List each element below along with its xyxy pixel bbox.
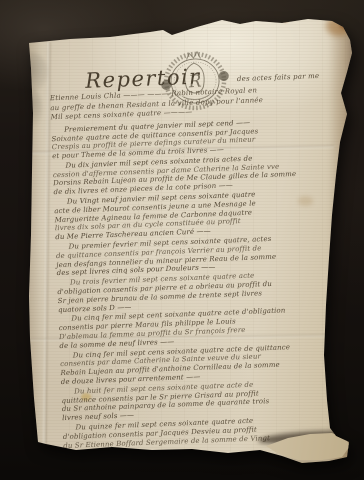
generalite-tax-stamp-icon: R	[156, 42, 235, 119]
corner-burn-stain	[340, 20, 352, 29]
manuscript-page: Repertoir des actes faits par me Etienne…	[0, 0, 364, 480]
manuscript-lines: Premierement du quatre janvier mil sept …	[51, 116, 333, 451]
stamp-monogram: R	[187, 72, 202, 93]
small-stain	[282, 16, 289, 22]
burned-right-edge	[328, 16, 358, 462]
ink-blot-shape	[12, 52, 48, 92]
ink-blot-shape	[16, 86, 42, 132]
faded-ink-blot	[6, 50, 56, 142]
corner-burn-stain	[326, 16, 352, 36]
manuscript-page-wrap: Repertoir des actes faits par me Etienne…	[0, 0, 364, 480]
